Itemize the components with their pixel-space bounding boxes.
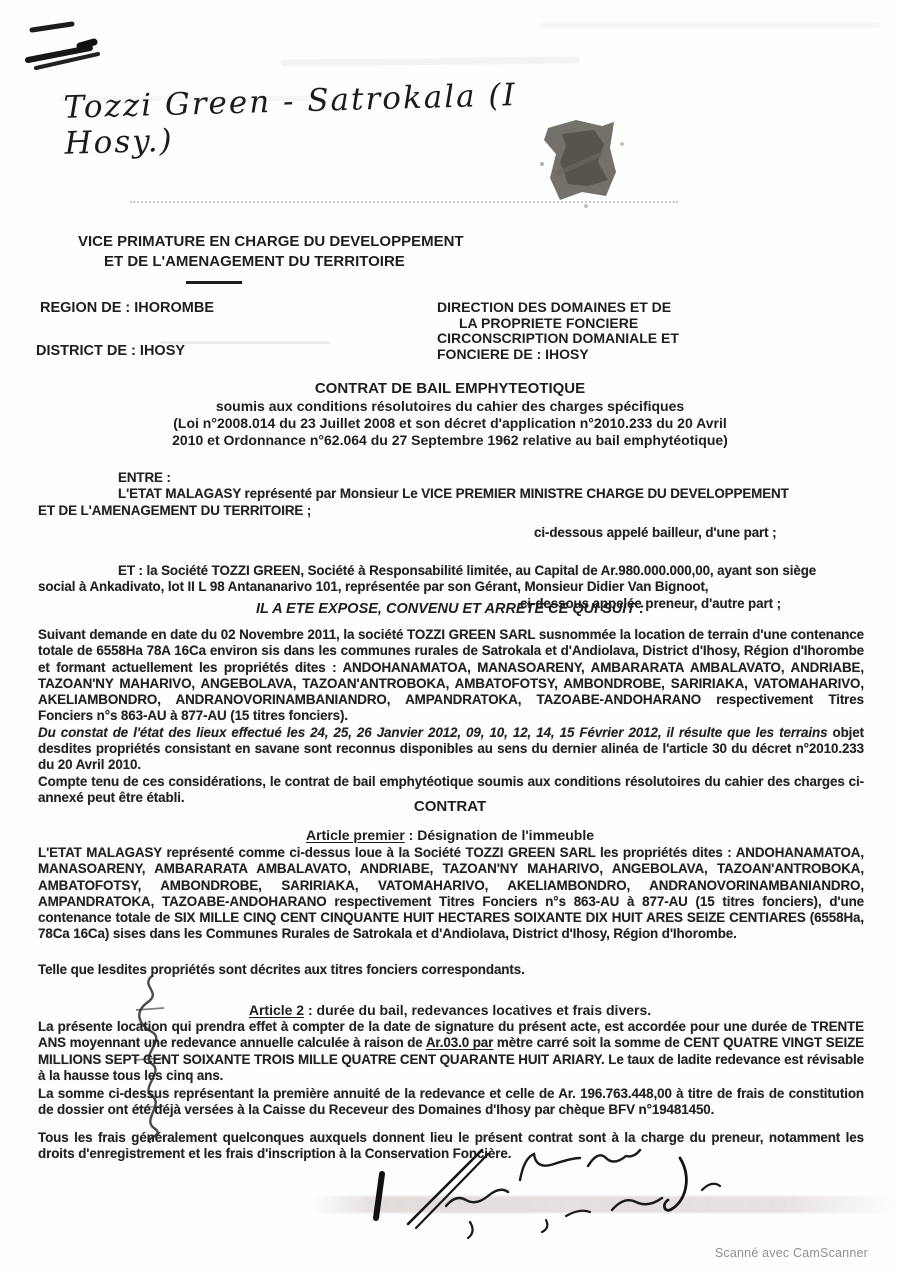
faint-dotted-line [130,201,678,203]
expose-paragraph-2: Du constat de l'état des lieux effectué … [38,725,864,774]
scan-streak [540,22,880,28]
direction-line1: DIRECTION DES DOMAINES ET DE [437,300,707,316]
direction-line3: CIRCONSCRIPTION DOMANIALE ET [437,331,707,347]
etat-des-lieux-italic: Du constat de l'état des lieux effectué … [38,725,827,740]
article1-title-rest: : Désignation de l'immeuble [405,827,594,843]
article2-label: Article 2 [249,1002,304,1018]
entre-label: ENTRE : [38,470,864,486]
article2-payment-paragraph: La somme ci-dessus représentant la premi… [38,1086,864,1119]
bailleur-line1: L'ETAT MALAGASY représenté par Monsieur … [38,486,864,502]
doc-law-line2: 2010 et Ordonnance n°62.064 du 27 Septem… [110,432,790,448]
direction-line2: LA PROPRIETE FONCIERE [437,316,707,332]
direction-line4: FONCIERE DE : IHOSY [437,347,707,363]
doc-title: CONTRAT DE BAIL EMPHYTEOTIQUE [110,380,790,397]
doc-subtitle: soumis aux conditions résolutoires du ca… [110,398,790,414]
camscanner-credit: Scanné avec CamScanner [668,1246,868,1260]
header-separator [186,281,242,284]
ministry-line2: ET DE L'AMENAGEMENT DU TERRITOIRE [104,253,405,270]
scan-streak [280,56,580,66]
article2-heading: Article 2 : durée du bail, redevances lo… [110,1002,790,1018]
article2-title-rest: : durée du bail, redevances locatives et… [304,1002,651,1018]
contract-heading: CONTRAT [110,798,790,815]
article1-heading: Article premier : Désignation de l'immeu… [110,827,790,843]
bailleur-tag: ci-dessous appelé bailleur, d'une part ; [38,525,864,541]
article1-body: L'ETAT MALAGASY représenté comme ci-dess… [38,845,864,943]
region-label: REGION DE : IHOROMBE [40,300,214,316]
scan-streak [160,341,330,344]
bailleur-line2: ET DE L'AMENAGEMENT DU TERRITOIRE ; [38,503,864,519]
ink-stamp-blob [536,114,628,208]
direction-block: DIRECTION DES DOMAINES ET DE LA PROPRIET… [437,300,707,362]
doc-law-line1: (Loi n°2008.014 du 23 Juillet 2008 et so… [110,415,790,431]
article2-body: La présente location qui prendra effet à… [38,1019,864,1084]
article2-rate-underlined: Ar.03.0 par [426,1035,493,1050]
preneur-line1: ET : la Société TOZZI GREEN, Société à R… [38,563,864,579]
parties-block: ENTRE : L'ETAT MALAGASY représenté par M… [38,470,864,612]
scanned-contract-page: Tozzi Green - Satrokala (I Hosy.) VICE P… [0,0,900,1274]
preneur-line2: social à Ankadivato, lot II L 98 Antanan… [38,579,864,595]
ministry-line1: VICE PRIMATURE EN CHARGE DU DEVELOPPEMEN… [78,233,464,250]
district-label: DISTRICT DE : IHOSY [36,343,185,359]
expose-paragraphs: Suivant demande en date du 02 Novembre 2… [38,627,864,806]
expose-paragraph-1: Suivant demande en date du 02 Novembre 2… [38,627,864,725]
article1-label: Article premier [306,827,405,843]
expose-heading: IL A ETE EXPOSE, CONVENU ET ARRETE CE QU… [110,601,790,617]
pen-strokes-top-left [20,18,130,78]
